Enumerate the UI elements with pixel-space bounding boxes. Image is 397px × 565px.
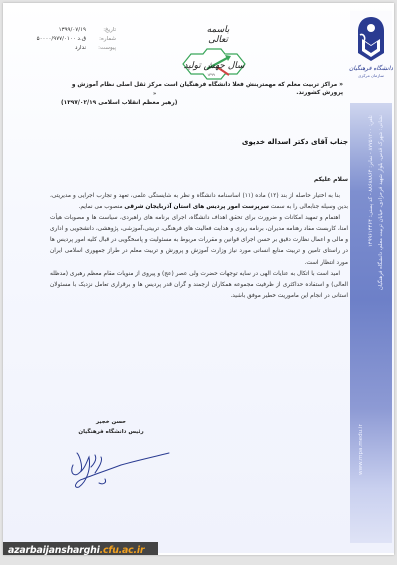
slogan-emblem-icon: سال جهش تولید ۱۳۹۹ <box>173 45 255 83</box>
appointment-title: سرپرست امور پردیس های استان آذربایجان شر… <box>124 204 269 210</box>
university-logo: دانشگاه فرهنگیان سازمان مرکزی <box>350 11 392 103</box>
signatory-block: حسن خجیر رئیس دانشگاه فرهنگیان <box>71 417 151 437</box>
watermark-domain: azarbaijansharghi <box>8 545 100 555</box>
farhangian-emblem-icon <box>356 15 386 63</box>
greeting: سلام علیکم <box>203 176 348 183</box>
meta-value: ندارد <box>21 45 86 51</box>
phone-text: تلفن: ۸۷۷۵۱۲۰۰ - نمابر: ۸۸۶۸۸۸۶۴ - کد پس… <box>367 115 375 475</box>
signatory-title: رئیس دانشگاه فرهنگیان <box>71 427 151 437</box>
logo-title: دانشگاه فرهنگیان <box>349 65 393 72</box>
address-text: نشانی: شهرک قدس، بلوار شهید فرحزادی، خیا… <box>377 115 385 475</box>
signature-icon <box>65 443 175 493</box>
meta-value: ۱۳۹۹/۰۷/۱۹ <box>21 27 86 33</box>
paragraph-appointment: بنا به اختیار حاصله از بند (۱۲) ماده (۱۱… <box>50 191 348 213</box>
contact-info: نشانی: شهرک قدس، بلوار شهید فرحزادی، خیا… <box>354 115 388 475</box>
meta-attachment: پیوست: ندارد <box>21 43 116 52</box>
leader-quote: « مراکز تربیت معلم که مهمترینش فعلا دانش… <box>53 81 343 97</box>
svg-text:سال جهش تولید: سال جهش تولید <box>183 61 245 71</box>
watermark-tld: .cfu.ac.ir <box>100 545 145 555</box>
meta-label: شماره: <box>94 36 116 42</box>
letter-body: بنا به اختیار حاصله از بند (۱۲) ماده (۱۱… <box>50 191 348 302</box>
site-watermark[interactable]: azarbaijansharghi.cfu.ac.ir <box>3 542 158 555</box>
meta-date: تاریخ: ۱۳۹۹/۰۷/۱۹ <box>21 25 116 34</box>
quote-reference: (رهبر معظم انقلاب اسلامی ۱۳۹۷/۰۲/۱۹) <box>61 100 221 106</box>
document-frame: دانشگاه فرهنگیان سازمان مرکزی نشانی: شهر… <box>3 3 394 555</box>
quote-close: » <box>153 91 156 97</box>
meta-label: تاریخ: <box>94 27 116 33</box>
signatory-name: حسن خجیر <box>71 417 151 427</box>
meta-value: ۵۰۰۰۰/۹۷۷/۰۱۰۰ ق.د <box>21 36 86 42</box>
letter-meta: تاریخ: ۱۳۹۹/۰۷/۱۹ شماره: ۵۰۰۰۰/۹۷۷/۰۱۰۰ … <box>21 25 116 52</box>
website-link[interactable]: www.mpa.medu.ir <box>357 115 365 475</box>
svg-text:۱۳۹۹: ۱۳۹۹ <box>207 73 215 77</box>
logo-subtitle: سازمان مرکزی <box>358 73 384 78</box>
paragraph-closing: امید است با اتکال به عنایات الهی در سایه… <box>50 269 348 302</box>
meta-label: پیوست: <box>94 45 116 51</box>
bismillah-heading: باسمه تعالی <box>198 25 238 45</box>
paragraph-duties: اهتمام و تمهید امکانات و ضرورت برای تحقق… <box>50 213 348 268</box>
meta-number: شماره: ۵۰۰۰۰/۹۷۷/۰۱۰۰ ق.د <box>21 34 116 43</box>
addressee: جناب آقای دکتر اسداله خدیوی <box>123 137 348 146</box>
letter-page: دانشگاه فرهنگیان سازمان مرکزی نشانی: شهر… <box>3 3 394 553</box>
